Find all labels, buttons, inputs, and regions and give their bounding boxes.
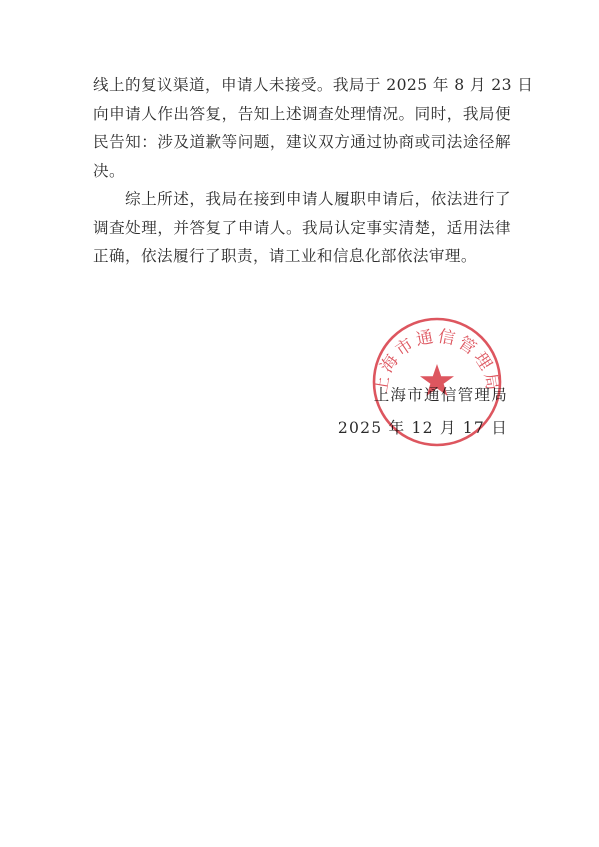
text-line: 向申请人作出答复，告知上述调查处理情况。同时，我局便 [93,100,511,129]
document-body: 线上的复议渠道，申请人未接受。我局于 2025 年 8 月 23 日 向申请人作… [93,71,511,271]
text-line: 综上所述，我局在接到申请人履职申请后，依法进行了 [93,185,511,214]
signing-organization: 上海市通信管理局 [338,379,508,412]
signing-date: 2025 年 12 月 17 日 [338,412,508,445]
text-line: 民告知：涉及道歉等问题，建议双方通过协商或司法途径解 [93,128,511,157]
paragraph-1: 线上的复议渠道，申请人未接受。我局于 2025 年 8 月 23 日 向申请人作… [93,71,511,185]
paragraph-2: 综上所述，我局在接到申请人履职申请后，依法进行了 调查处理，并答复了申请人。我局… [93,185,511,271]
text-line: 线上的复议渠道，申请人未接受。我局于 2025 年 8 月 23 日 [93,71,511,100]
signature-block: 上海市通信管理局 2025 年 12 月 17 日 [338,379,508,445]
text-line: 调查处理，并答复了申请人。我局认定事实清楚，适用法律 [93,214,511,243]
text-line: 正确，依法履行了职责，请工业和信息化部依法审理。 [93,242,511,271]
text-line: 决。 [93,157,511,186]
document-page: 线上的复议渠道，申请人未接受。我局于 2025 年 8 月 23 日 向申请人作… [0,0,599,847]
